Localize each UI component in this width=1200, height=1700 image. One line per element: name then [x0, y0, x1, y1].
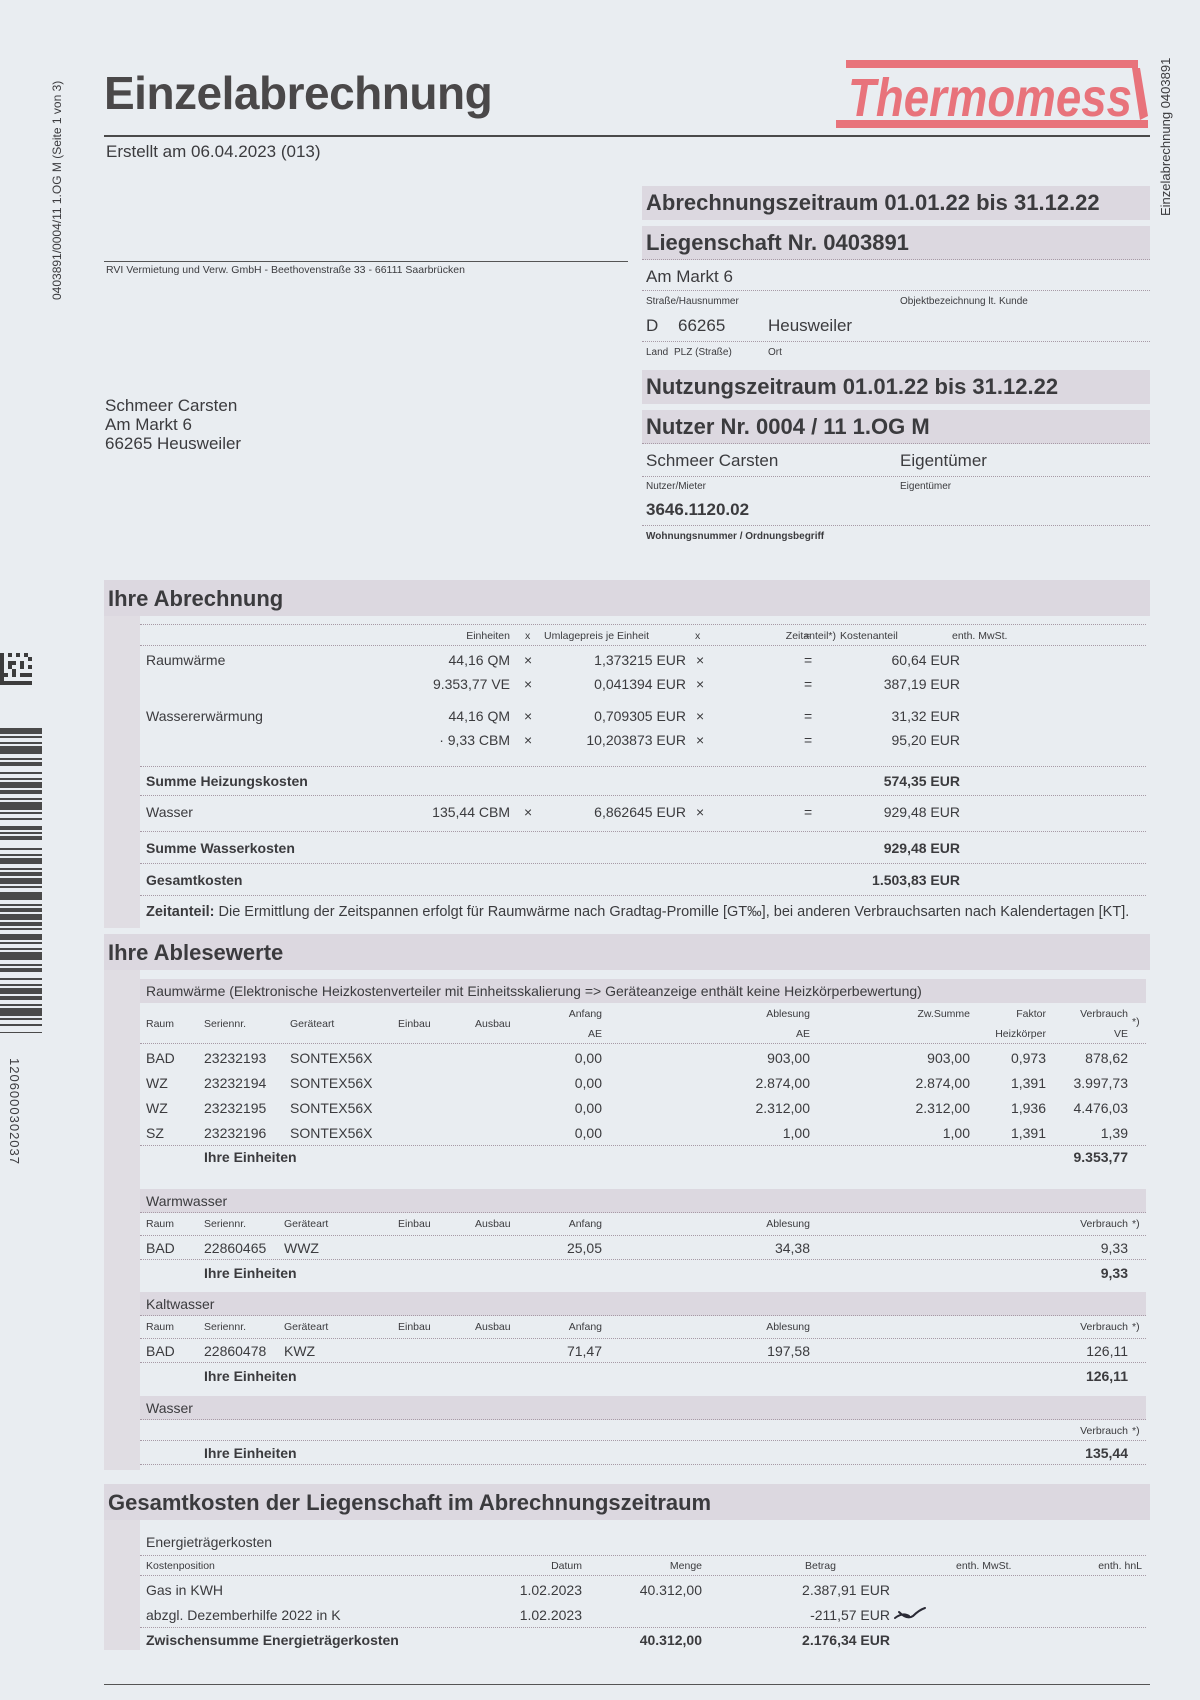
- row-cost: 31,32 EUR: [840, 708, 960, 724]
- energy-row: Gas in KWH1.02.202340.312,002.387,91 EUR: [140, 1578, 1146, 1603]
- country-label: Land: [646, 347, 668, 358]
- tenant-value: Schmeer Carsten: [646, 451, 778, 470]
- water-header-row: Verbrauch *): [140, 1421, 1146, 1441]
- cell-room: BAD: [146, 1343, 175, 1359]
- warm-water-header-row: Raum Seriennr. Geräteart Einbau Ausbau A…: [140, 1214, 1146, 1236]
- section-property-costs-title: Gesamtkosten der Liegenschaft im Abrechn…: [104, 1484, 1150, 1520]
- svg-text:Thermomess: Thermomess: [848, 68, 1132, 128]
- cell-reading: 903,00: [700, 1050, 810, 1066]
- col-time: Zeitanteil*): [700, 630, 836, 642]
- sum-water-label: Summe Wasserkosten: [146, 840, 295, 856]
- recipient-city: 66265 Heusweiler: [105, 434, 241, 453]
- cell-serial: 23232196: [204, 1125, 266, 1141]
- sender-divider: [104, 261, 628, 262]
- zip-value: 66265: [678, 316, 725, 336]
- cold-water-subtitle: Kaltwasser: [140, 1292, 1146, 1316]
- sum-heating-label: Summe Heizungskosten: [146, 773, 308, 789]
- col-factor: Faktor: [970, 1008, 1046, 1020]
- apartment-label: Wohnungsnummer / Ordnungsbegriff: [642, 529, 1150, 544]
- total-value: 1.503,83 EUR: [840, 872, 960, 888]
- cell-consumption: 4.476,03: [1046, 1100, 1128, 1116]
- cell-room: BAD: [146, 1240, 175, 1256]
- cell-quantity: 40.312,00: [610, 1582, 702, 1598]
- billing-row: · 9,33 CBM×10,203873 EUR×=95,20 EUR: [140, 728, 1146, 752]
- side-document-id: Einzelabrechnung 0403891: [1158, 58, 1173, 216]
- water-units-total: 135,44: [1046, 1445, 1128, 1461]
- row-label: Wassererwärmung: [146, 708, 263, 724]
- sender-address-line: RVI Vermietung und Verw. GmbH - Beethove…: [106, 264, 465, 276]
- row-cost: 60,64 EUR: [840, 652, 960, 668]
- times-sign: ×: [696, 708, 704, 724]
- equals-sign: =: [804, 652, 812, 668]
- row-cost: 95,20 EUR: [840, 732, 960, 748]
- row-price: 0,709305 EUR: [560, 708, 686, 724]
- section-billing-sidebar: [104, 616, 140, 928]
- col-note: *): [1132, 1425, 1140, 1437]
- col-factor-sub: Heizkörper: [970, 1028, 1046, 1040]
- col-note: *): [1132, 1218, 1140, 1230]
- col-type: Geräteart: [290, 1018, 334, 1030]
- water-cost: 929,48 EUR: [840, 804, 960, 820]
- cell-start: 0,00: [540, 1050, 602, 1066]
- section-readings-title: Ihre Ablesewerte: [104, 934, 1150, 970]
- col-subtotal: Zw.Summe: [860, 1008, 970, 1020]
- owner-label: Eigentümer: [900, 481, 951, 492]
- recipient-street: Am Markt 6: [105, 415, 241, 434]
- city-label: Ort: [768, 347, 782, 358]
- times-sign: ×: [696, 652, 704, 668]
- warm-water-row: BAD 22860465 WWZ 25,05 34,38 9,33: [140, 1236, 1146, 1260]
- cell-start: 25,05: [540, 1240, 602, 1256]
- country-value: D: [646, 316, 658, 335]
- col-consumption: Verbrauch: [1046, 1321, 1128, 1333]
- times-sign: ×: [696, 804, 704, 820]
- cell-consumption: 3.997,73: [1046, 1075, 1128, 1091]
- cell-amount: -211,57 EUR: [760, 1607, 890, 1623]
- col-price: Umlagepreis je Einheit: [544, 630, 649, 642]
- row-units: 44,16 QM: [380, 652, 510, 668]
- row-cost: 387,19 EUR: [840, 676, 960, 692]
- heating-row: WZ23232195SONTEX56X0,002.312,002.312,001…: [140, 1096, 1146, 1121]
- cell-position: abzgl. Dezemberhilfe 2022 in K: [146, 1607, 341, 1623]
- cell-date: 1.02.2023: [500, 1582, 582, 1598]
- cell-serial: 22860465: [204, 1240, 266, 1256]
- cell-room: BAD: [146, 1050, 175, 1066]
- heating-units-total: 9.353,77: [1046, 1149, 1128, 1165]
- col-reading-unit: AE: [700, 1028, 810, 1040]
- col-remove: Ausbau: [475, 1018, 511, 1030]
- cell-reading: 2.874,00: [700, 1075, 810, 1091]
- col-room: Raum: [146, 1218, 174, 1230]
- col-reading: Ablesung: [700, 1321, 810, 1333]
- heating-row: SZ23232196SONTEX56X0,001,001,001,3911,39: [140, 1121, 1146, 1146]
- col-eq: =: [804, 630, 810, 642]
- row-units: · 9,33 CBM: [380, 732, 510, 748]
- handwritten-check-mark-icon: [893, 1604, 927, 1629]
- heating-row: BAD23232193SONTEX56X0,00903,00903,000,97…: [140, 1046, 1146, 1071]
- row-units: 9.353,77 VE: [380, 676, 510, 692]
- billing-row: Wassererwärmung44,16 QM×0,709305 EUR×=31…: [140, 704, 1146, 728]
- sum-water-value: 929,48 EUR: [840, 840, 960, 856]
- col-consumption: Verbrauch: [1046, 1008, 1128, 1020]
- cell-reading: 197,58: [700, 1343, 810, 1359]
- sum-water-row: Summe Wasserkosten 929,48 EUR: [140, 832, 1146, 864]
- street-labels: Straße/Hausnummer Objektbezeichnung lt. …: [642, 294, 1150, 309]
- row-price: 1,373215 EUR: [560, 652, 686, 668]
- sum-heating-row: Summe Heizungskosten 574,35 EUR: [140, 766, 1146, 796]
- col-room: Raum: [146, 1321, 174, 1333]
- equals-sign: =: [804, 708, 812, 724]
- col-note: *): [1132, 1016, 1140, 1028]
- col-consumption: Verbrauch: [1046, 1218, 1128, 1230]
- tenant-label: Nutzer/Mieter: [646, 481, 706, 492]
- side-reference: 0403891/0004/11 1.OG M (Seite 1 von 3): [50, 81, 64, 300]
- thermomess-logo: Thermomess: [836, 58, 1148, 130]
- cell-serial: 23232195: [204, 1100, 266, 1116]
- user-number: Nutzer Nr. 0004 / 11 1.OG M: [642, 410, 1150, 444]
- cell-type: WWZ: [284, 1240, 319, 1256]
- equals-sign: =: [804, 676, 812, 692]
- barcode-number: 1206000302037: [7, 1058, 22, 1165]
- recipient-name: Schmeer Carsten: [105, 396, 241, 415]
- billing-header-row: Einheiten x Umlagepreis je Einheit x Zei…: [140, 624, 1146, 646]
- cell-factor: 0,973: [970, 1050, 1046, 1066]
- section-property-costs-sidebar: [104, 1520, 140, 1650]
- col-units: Einheiten: [410, 630, 510, 642]
- water-label: Wasser: [146, 804, 193, 820]
- water-subtitle: Wasser: [140, 1396, 1146, 1420]
- col-serial: Seriennr.: [204, 1018, 246, 1030]
- col-serial: Seriennr.: [204, 1218, 246, 1230]
- row-price: 10,203873 EUR: [560, 732, 686, 748]
- cold-water-units-total: 126,11: [1046, 1368, 1128, 1384]
- cell-reading: 1,00: [700, 1125, 810, 1141]
- col-date: Datum: [500, 1560, 582, 1572]
- billing-row: Raumwärme44,16 QM×1,373215 EUR×=60,64 EU…: [140, 648, 1146, 672]
- cell-subtotal: 2.874,00: [860, 1075, 970, 1091]
- cell-consumption: 878,62: [1046, 1050, 1128, 1066]
- water-price: 6,862645 EUR: [560, 804, 686, 820]
- warm-water-subtitle: Warmwasser: [140, 1189, 1146, 1213]
- note-label: Zeitanteil:: [146, 904, 214, 920]
- energy-subtotal-row: Zwischensumme Energieträgerkosten 40.312…: [140, 1628, 1146, 1654]
- cell-type: SONTEX56X: [290, 1100, 372, 1116]
- heating-row: WZ23232194SONTEX56X0,002.874,002.874,001…: [140, 1071, 1146, 1096]
- tenant-owner-labels: Nutzer/Mieter Eigentümer: [642, 479, 1150, 494]
- cell-consumption: 1,39: [1046, 1125, 1128, 1141]
- cell-type: SONTEX56X: [290, 1050, 372, 1066]
- cell-type: KWZ: [284, 1343, 315, 1359]
- equals-sign: =: [804, 804, 812, 820]
- cold-water-units-label: Ihre Einheiten: [204, 1368, 297, 1384]
- equals-sign: =: [804, 732, 812, 748]
- cell-factor: 1,936: [970, 1100, 1046, 1116]
- col-note: *): [1132, 1321, 1140, 1333]
- recipient-address: Schmeer Carsten Am Markt 6 66265 Heuswei…: [105, 396, 241, 453]
- col-reading: Ablesung: [700, 1008, 810, 1020]
- billing-period: Abrechnungszeitraum 01.01.22 bis 31.12.2…: [642, 186, 1150, 220]
- subtotal-label: Zwischensumme Energieträgerkosten: [146, 1632, 399, 1648]
- col-start: Anfang: [540, 1218, 602, 1230]
- cell-factor: 1,391: [970, 1125, 1046, 1141]
- warm-water-units-label: Ihre Einheiten: [204, 1265, 297, 1281]
- water-units: 135,44 CBM: [400, 804, 510, 820]
- heating-units-row: Ihre Einheiten 9.353,77: [140, 1146, 1146, 1170]
- water-units-row: Ihre Einheiten 135,44: [140, 1441, 1146, 1465]
- object-label: Objektbezeichnung lt. Kunde: [900, 296, 1028, 307]
- cell-room: WZ: [146, 1100, 168, 1116]
- energy-row: abzgl. Dezemberhilfe 2022 in K1.02.2023-…: [140, 1603, 1146, 1628]
- cell-consumption: 126,11: [1046, 1343, 1128, 1359]
- owner-value: Eigentümer: [900, 451, 987, 471]
- col-position: Kostenposition: [146, 1560, 215, 1572]
- heating-units-label: Ihre Einheiten: [204, 1149, 297, 1165]
- cold-water-header-row: Raum Seriennr. Geräteart Einbau Ausbau A…: [140, 1317, 1146, 1339]
- col-install: Einbau: [398, 1321, 431, 1333]
- col-start-unit: AE: [540, 1028, 602, 1040]
- col-room: Raum: [146, 1018, 174, 1030]
- cell-subtotal: 2.312,00: [860, 1100, 970, 1116]
- cold-water-row: BAD 22860478 KWZ 71,47 197,58 126,11: [140, 1339, 1146, 1363]
- cell-consumption: 9,33: [1046, 1240, 1128, 1256]
- street-label: Straße/Hausnummer: [646, 296, 739, 307]
- property-number: Liegenschaft Nr. 0403891: [642, 226, 1150, 260]
- cell-position: Gas in KWH: [146, 1582, 223, 1598]
- heating-subtitle: Raumwärme (Elektronische Heizkostenverte…: [140, 979, 1146, 1003]
- col-remove: Ausbau: [475, 1218, 511, 1230]
- property-street: Am Markt 6: [642, 265, 1150, 291]
- cell-subtotal: 903,00: [860, 1050, 970, 1066]
- water-row: Wasser 135,44 CBM × 6,862645 EUR × = 929…: [140, 796, 1146, 832]
- cell-subtotal: 1,00: [860, 1125, 970, 1141]
- energy-header-row: Kostenposition Datum Menge Betrag enth. …: [140, 1556, 1146, 1576]
- col-vat: enth. MwSt.: [952, 630, 1007, 642]
- times-sign: ×: [524, 732, 532, 748]
- time-share-note: Zeitanteil: Die Ermittlung der Zeitspann…: [146, 904, 1129, 920]
- col-x: x: [525, 630, 530, 642]
- created-date: Erstellt am 06.04.2023 (013): [106, 142, 321, 162]
- col-amount: Betrag: [805, 1560, 836, 1572]
- cell-type: SONTEX56X: [290, 1075, 372, 1091]
- col-consumption-unit: VE: [1046, 1028, 1128, 1040]
- col-start: Anfang: [540, 1008, 602, 1020]
- total-label: Gesamtkosten: [146, 872, 242, 888]
- cell-start: 71,47: [540, 1343, 602, 1359]
- times-sign: ×: [524, 676, 532, 692]
- row-units: 44,16 QM: [380, 708, 510, 724]
- document-title: Einzelabrechnung: [104, 66, 492, 120]
- col-serial: Seriennr.: [204, 1321, 246, 1333]
- city-value: Heusweiler: [768, 316, 852, 336]
- cell-reading: 34,38: [700, 1240, 810, 1256]
- col-type: Geräteart: [284, 1321, 328, 1333]
- tenant-owner-values: Schmeer Carsten Eigentümer: [642, 449, 1150, 477]
- subtotal-amount: 2.176,34 EUR: [760, 1632, 890, 1648]
- zip-label: PLZ (Straße): [674, 347, 732, 358]
- col-type: Geräteart: [284, 1218, 328, 1230]
- col-install: Einbau: [398, 1218, 431, 1230]
- cell-factor: 1,391: [970, 1075, 1046, 1091]
- cell-type: SONTEX56X: [290, 1125, 372, 1141]
- total-row: Gesamtkosten 1.503,83 EUR: [140, 864, 1146, 896]
- usage-period: Nutzungszeitraum 01.01.22 bis 31.12.22: [642, 370, 1150, 404]
- cell-date: 1.02.2023: [500, 1607, 582, 1623]
- col-consumption: Verbrauch: [1046, 1425, 1128, 1437]
- times-sign: ×: [696, 732, 704, 748]
- header-divider: [104, 135, 1150, 137]
- sum-heating-value: 574,35 EUR: [840, 773, 960, 789]
- row-price: 0,041394 EUR: [560, 676, 686, 692]
- warm-water-units-row: Ihre Einheiten 9,33: [140, 1262, 1146, 1286]
- section-readings-sidebar: [104, 970, 140, 1470]
- cell-reading: 2.312,00: [700, 1100, 810, 1116]
- section-billing-title: Ihre Abrechnung: [104, 580, 1150, 616]
- footer-divider: [104, 1684, 1150, 1685]
- heating-header-row: Raum Seriennr. Geräteart Einbau Ausbau A…: [140, 1004, 1146, 1044]
- cell-start: 0,00: [540, 1075, 602, 1091]
- note-text: Die Ermittlung der Zeitspannen erfolgt f…: [214, 904, 1129, 920]
- cell-room: WZ: [146, 1075, 168, 1091]
- cell-serial: 23232194: [204, 1075, 266, 1091]
- energy-costs-subtitle: Energieträgerkosten: [140, 1530, 1146, 1556]
- times-sign: ×: [524, 804, 532, 820]
- col-quantity: Menge: [610, 1560, 702, 1572]
- col-reading: Ablesung: [700, 1218, 810, 1230]
- col-cost: Kostenanteil: [840, 630, 898, 642]
- cell-amount: 2.387,91 EUR: [760, 1582, 890, 1598]
- col-install: Einbau: [398, 1018, 431, 1030]
- times-sign: ×: [524, 652, 532, 668]
- col-start: Anfang: [540, 1321, 602, 1333]
- apartment-number: 3646.1120.02: [642, 498, 1150, 526]
- col-vat: enth. MwSt.: [956, 1560, 1011, 1572]
- times-sign: ×: [524, 708, 532, 724]
- billing-row: 9.353,77 VE×0,041394 EUR×=387,19 EUR: [140, 672, 1146, 696]
- cell-serial: 22860478: [204, 1343, 266, 1359]
- cell-serial: 23232193: [204, 1050, 266, 1066]
- cell-start: 0,00: [540, 1125, 602, 1141]
- col-remove: Ausbau: [475, 1321, 511, 1333]
- cell-room: SZ: [146, 1125, 164, 1141]
- location-labels: Land PLZ (Straße) Ort: [642, 345, 1150, 360]
- water-units-label: Ihre Einheiten: [204, 1445, 297, 1461]
- datamatrix-code-icon: [0, 653, 32, 685]
- property-location: D 66265 Heusweiler: [642, 314, 1150, 342]
- warm-water-units-total: 9,33: [1046, 1265, 1128, 1281]
- subtotal-quantity: 40.312,00: [610, 1632, 702, 1648]
- cold-water-units-row: Ihre Einheiten 126,11: [140, 1365, 1146, 1389]
- barcode-icon: [0, 728, 42, 1033]
- row-label: Raumwärme: [146, 652, 225, 668]
- col-hnl: enth. hnL: [1040, 1560, 1142, 1572]
- times-sign: ×: [696, 676, 704, 692]
- cell-start: 0,00: [540, 1100, 602, 1116]
